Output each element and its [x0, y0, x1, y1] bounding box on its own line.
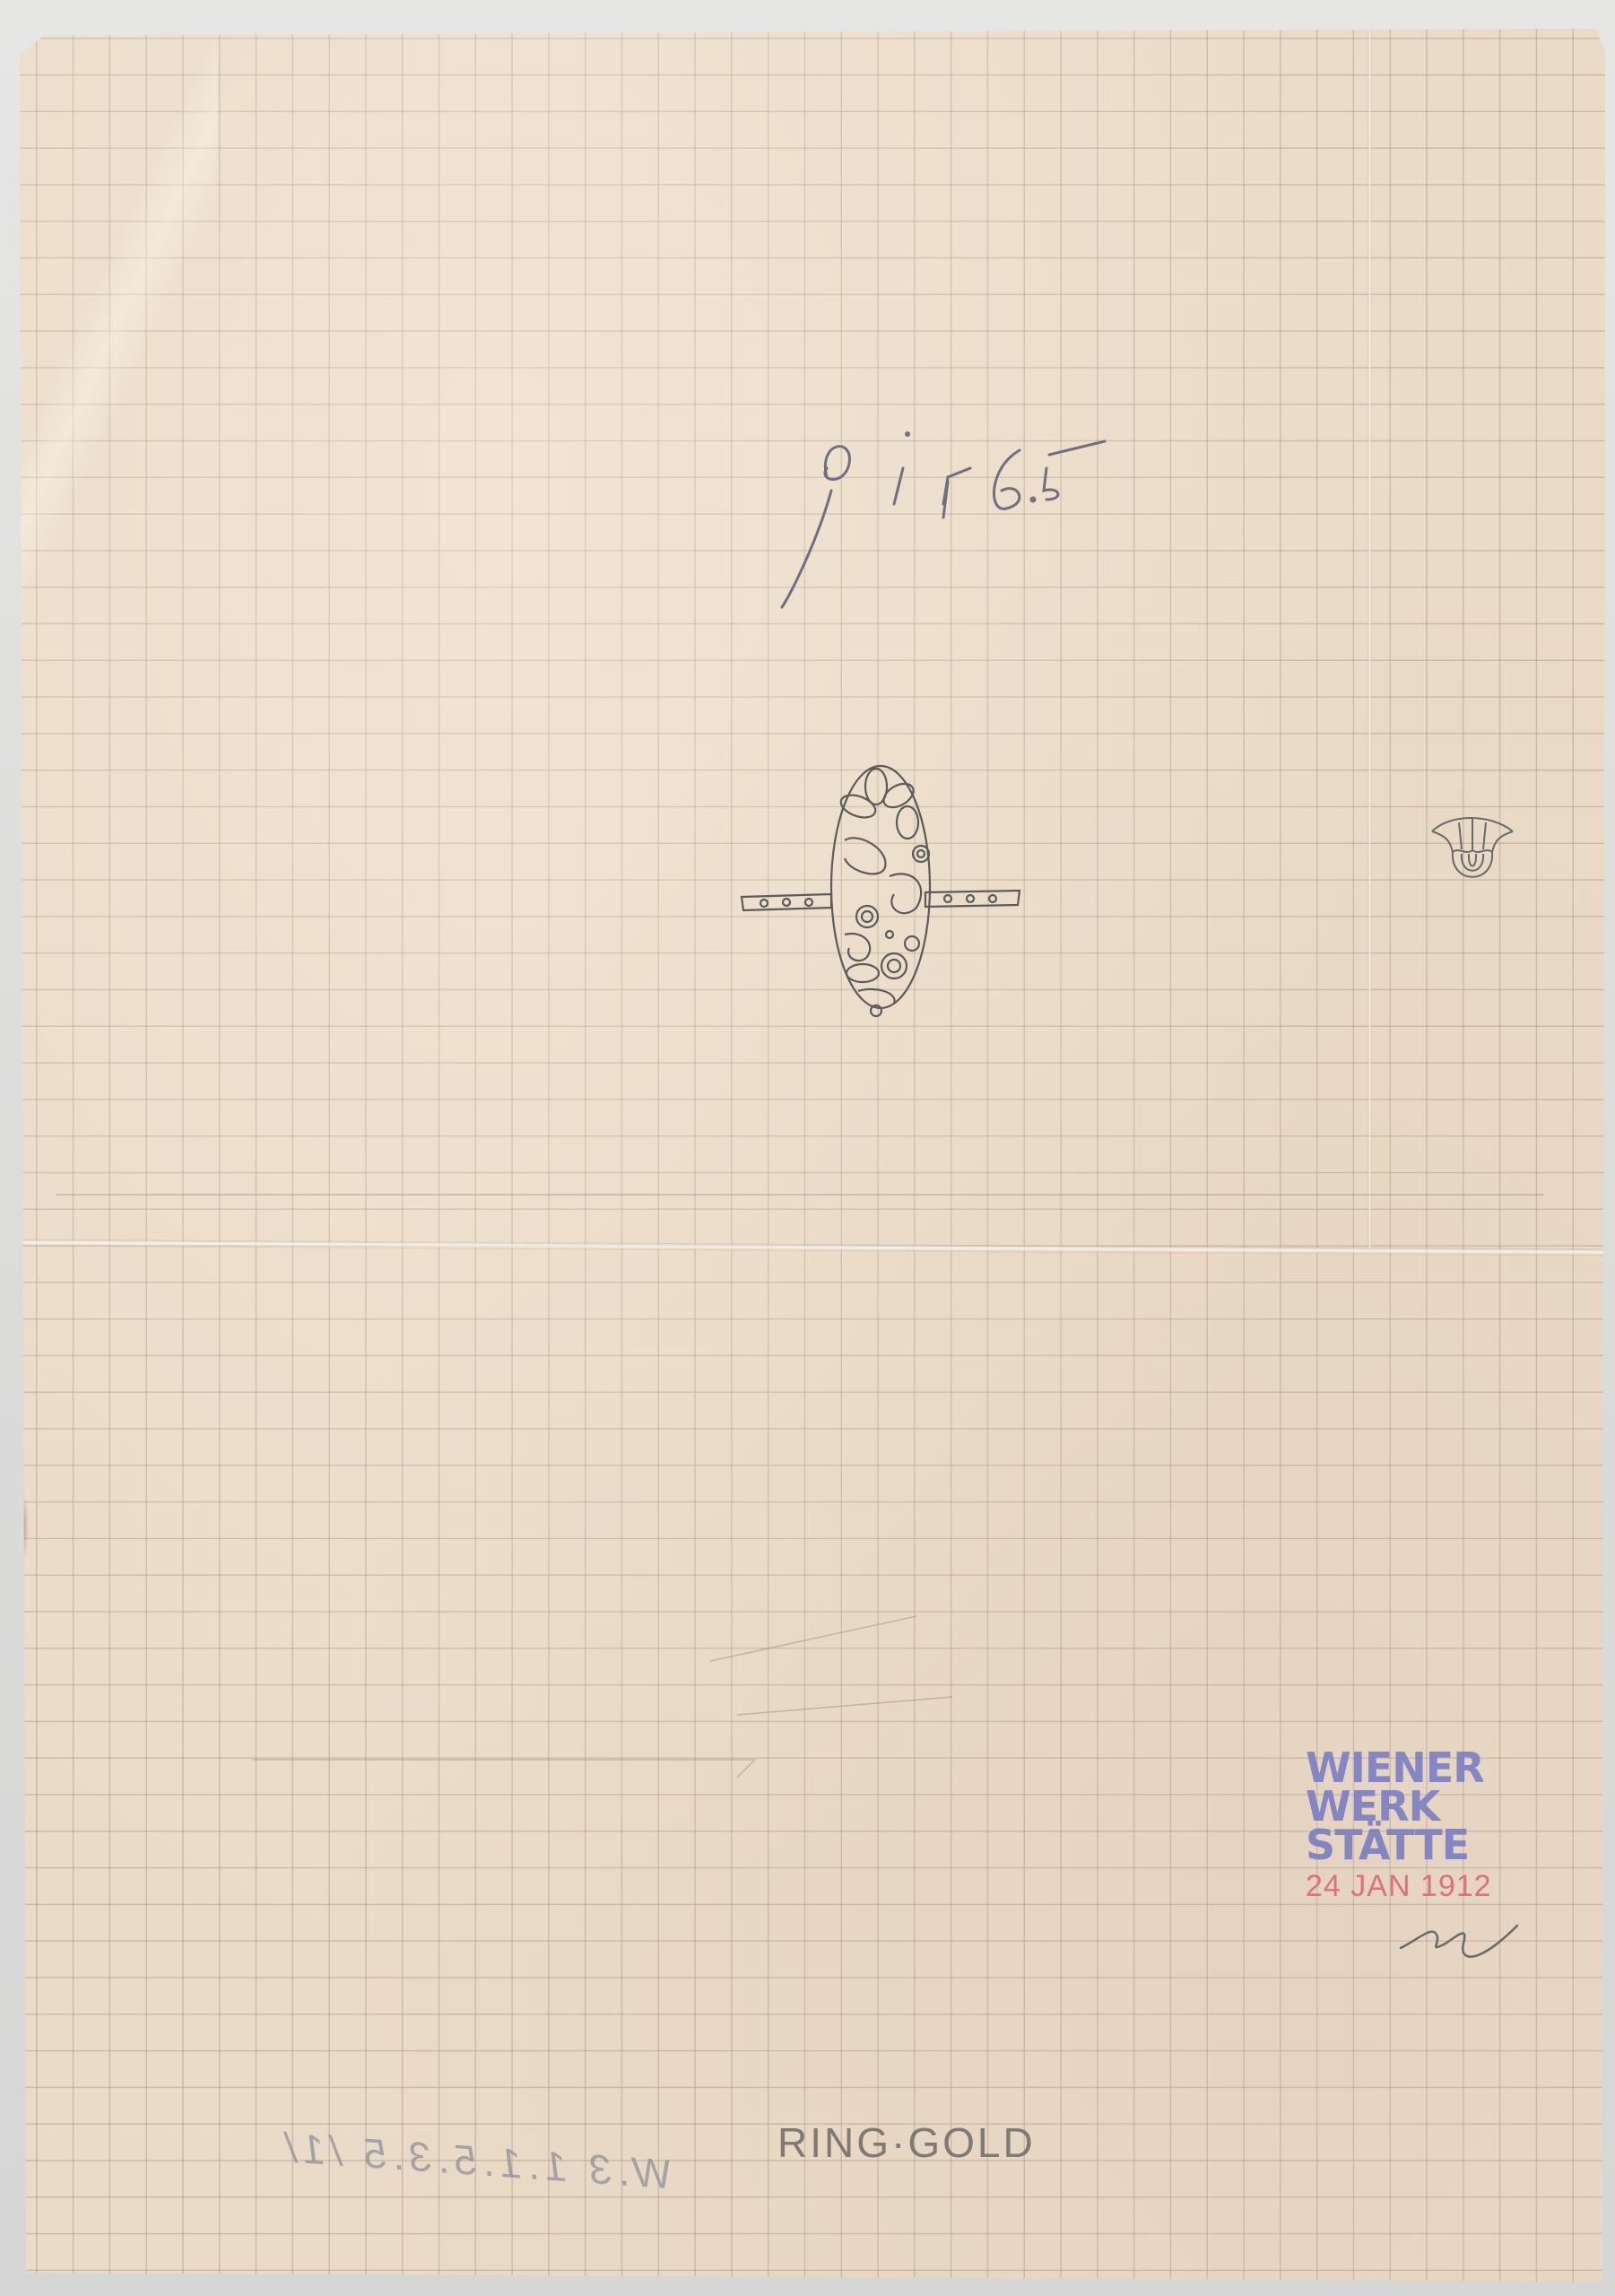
vertical-fold — [1368, 29, 1372, 1248]
handwritten-initials — [1396, 1912, 1522, 1975]
stamp-date: 24 JAN 1912 — [1306, 1868, 1539, 1904]
flower-ornament-sketch — [1419, 800, 1526, 899]
caption-ring-gold: RING·GOLD — [777, 2118, 1036, 2167]
wiener-werkstatte-stamp: WIENER WERK STÄTTE 24 JAN 1912 — [1306, 1749, 1539, 1904]
paper-crease — [20, 29, 217, 657]
handwritten-reference-number — [764, 414, 1123, 612]
graph-paper-sheet: WIENER WERK STÄTTE 24 JAN 1912 RING·GOLD… — [20, 29, 1605, 2282]
ring-design-sketch — [733, 751, 1029, 1020]
red-stain — [16, 1491, 29, 1562]
stamp-line-3: STÄTTE — [1306, 1826, 1539, 1865]
mirrored-bleedthrough-note: W.3 1.1.5.3.5 /1/ — [279, 2123, 674, 2198]
